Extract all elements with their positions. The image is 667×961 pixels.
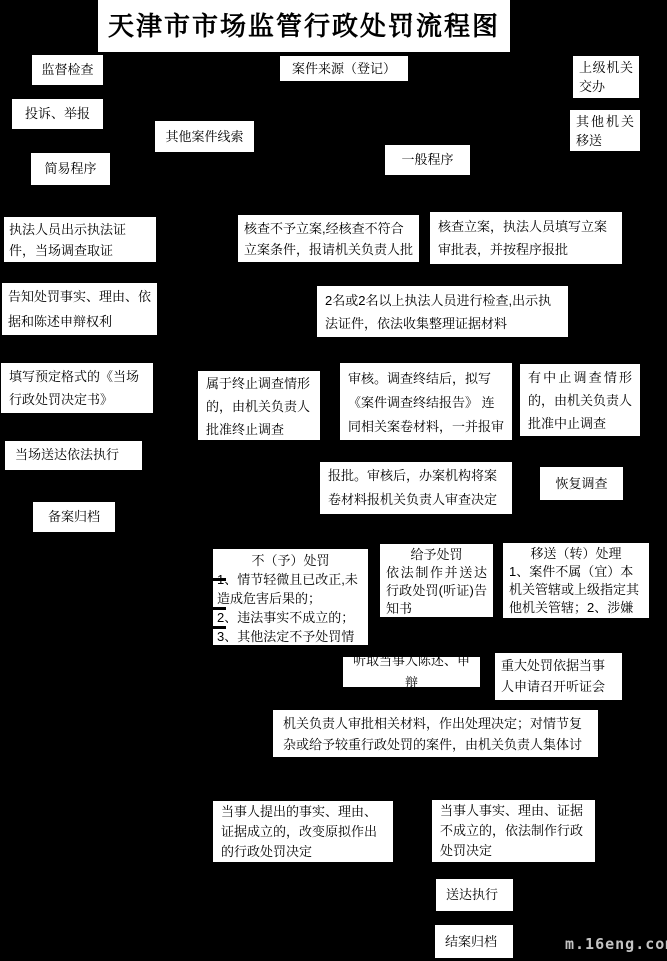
flowchart-canvas: 天津市市场监管行政处罚流程图 监督检查 案件来源（登记） 上级机关交办 投诉、举… (0, 0, 667, 961)
flow-box-listen-statement: 听取当事人陈述、申辩 (343, 657, 480, 687)
no-punishment-item: 2、违法事实不成立的； (217, 608, 364, 627)
flowchart-title: 天津市市场监管行政处罚流程图 (98, 0, 510, 52)
no-punishment-item: 1、情节轻微且已改正,未造成危害后果的； (217, 570, 364, 608)
transfer-handling-heading: 移送（转）处理 (509, 545, 643, 563)
flow-box-show-credentials: 执法人员出示执法证件，当场调查取证 (4, 217, 156, 262)
arrow-tick (213, 626, 226, 629)
flow-box-party-claims-not-established: 当事人事实、理由、证据不成立的，依法制作行政处罚决定 (432, 800, 595, 862)
flow-box-case-closed-archive: 结案归档 (435, 925, 513, 958)
flow-box-transfer-handling: 移送（转）处理 1、案件不属（宜）本机关管辖或上级指定其他机关管辖；2、涉嫌犯罪 (503, 543, 649, 618)
flow-box-no-filing: 核查不予立案,经核查不符合立案条件，报请机关负责人批准 (238, 215, 419, 262)
flow-box-filing: 核查立案，执法人员填写立案审批表，并按程序报批 (430, 212, 622, 264)
flow-box-no-punishment: 不（予）处罚 1、情节轻微且已改正,未造成危害后果的； 2、违法事实不成立的； … (213, 549, 368, 645)
flow-box-simple-procedure: 简易程序 (31, 153, 110, 185)
flow-box-inform-rights: 告知处罚事实、理由、依据和陈述申辩权利 (2, 283, 157, 335)
flow-box-record-archive: 备案归档 (33, 502, 115, 532)
flow-box-onsite-delivery: 当场送达依法执行 (5, 441, 142, 470)
flow-box-head-approval: 机关负责人审批相关材料，作出处理决定；对情节复杂或给予较重行政处罚的案件，由机关… (273, 710, 598, 757)
flow-box-suspend-investigation: 有中止调查情形的，由机关负责人批准中止调查 (520, 364, 640, 436)
flow-box-complaint-report: 投诉、举报 (12, 99, 103, 129)
flow-box-review-report: 审核。调查终结后，拟写《案件调查终结报告》 连同相关案卷材料，一并报审核机构审核 (340, 363, 512, 440)
give-punishment-body: 依法制作并送达行政处罚(听证)告知书 (386, 564, 487, 617)
flow-box-party-claims-established: 当事人提出的事实、理由、证据成立的，改变原拟作出的行政处罚决定 (213, 801, 393, 862)
flow-box-terminate-investigation: 属于终止调查情形的，由机关负责人批准终止调查 (198, 371, 320, 440)
give-punishment-heading: 给予处罚 (386, 546, 487, 564)
flow-box-general-procedure: 一般程序 (385, 145, 470, 175)
flow-box-major-hearing: 重大处罚依据当事人申请召开听证会 (495, 653, 622, 700)
no-punishment-item: 3、其他法定不予处罚情形 (217, 627, 364, 645)
site-watermark: m.16eng.com (565, 935, 667, 953)
arrow-tick (213, 578, 226, 581)
transfer-handling-body: 1、案件不属（宜）本机关管辖或上级指定其他机关管辖；2、涉嫌犯罪 (509, 563, 643, 618)
flow-box-superior-assign: 上级机关交办 (573, 56, 639, 98)
flow-box-report-for-approval: 报批。审核后，办案机构将案卷材料报机关负责人审查决定 (320, 462, 512, 514)
flow-box-two-officers: 2名或2名以上执法人员进行检查,出示执法证件，依法收集整理证据材料 (317, 286, 568, 337)
flow-box-resume-investigation: 恢复调查 (540, 467, 623, 500)
flow-box-supervision-check: 监督检查 (32, 55, 103, 85)
flow-box-delivery-execution: 送达执行 (436, 879, 513, 911)
flow-box-fill-onsite-decision: 填写预定格式的《当场行政处罚决定书》 (1, 363, 153, 413)
arrow-tick (213, 607, 226, 610)
flow-box-case-source: 案件来源（登记） (280, 56, 408, 81)
flow-box-other-clues: 其他案件线索 (155, 121, 254, 152)
no-punishment-heading: 不（予）处罚 (217, 551, 364, 570)
flow-box-other-organ-transfer: 其他机关移送 (570, 110, 640, 151)
flow-box-give-punishment: 给予处罚 依法制作并送达行政处罚(听证)告知书 (380, 544, 493, 617)
